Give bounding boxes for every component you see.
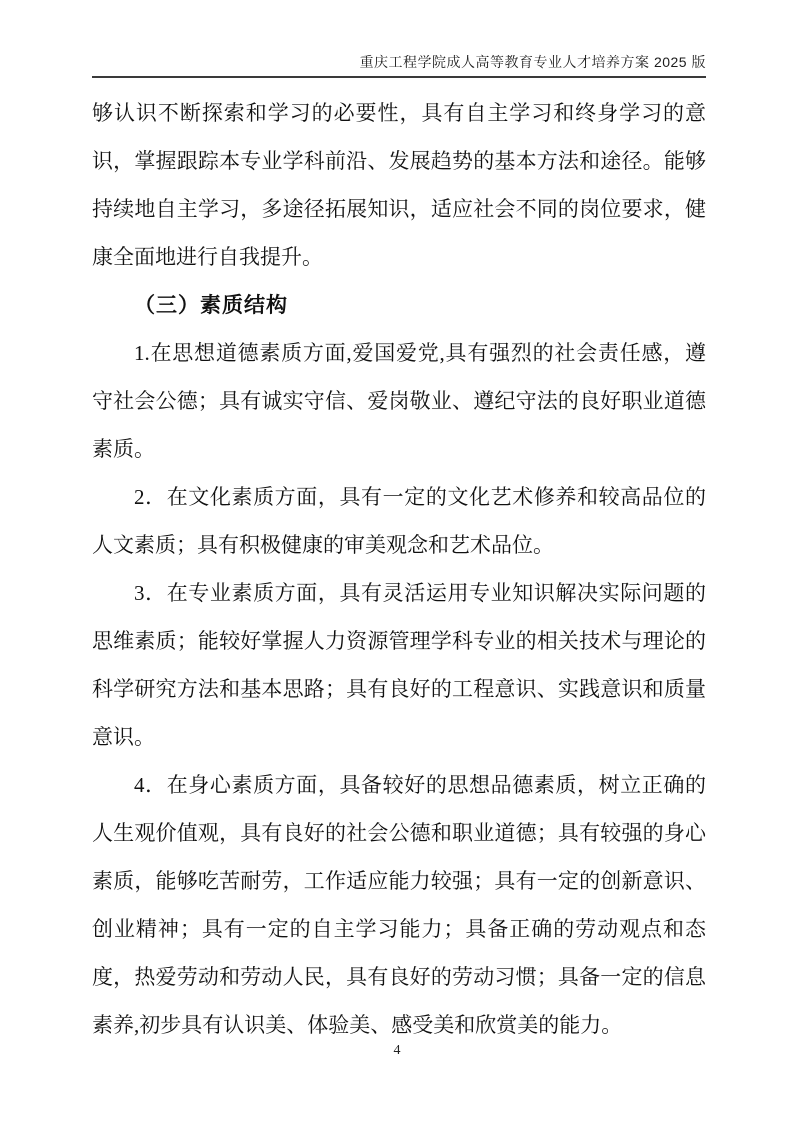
page-number: 4 [394, 1043, 401, 1058]
paragraph-intro-continuation: 够认识不断探索和学习的必要性，具有自主学习和终身学习的意识，掌握跟踪本专业学科前… [92, 89, 706, 281]
page-footer: 4 [0, 1041, 794, 1122]
paragraph-item-1: 1.在思想道德素质方面,爱国爱党,具有强烈的社会责任感，遵守社会公德；具有诚实守… [92, 329, 706, 473]
document-body: 够认识不断探索和学习的必要性，具有自主学习和终身学习的意识，掌握跟踪本专业学科前… [92, 79, 706, 1049]
section-heading: （三）素质结构 [92, 281, 706, 329]
paragraph-item-4: 4．在身心素质方面，具备较好的思想品德素质，树立正确的人生观价值观，具有良好的社… [92, 761, 706, 1049]
paragraph-item-3: 3．在专业素质方面，具有灵活运用专业知识解决实际问题的思维素质；能较好掌握人力资… [92, 569, 706, 761]
document-page: 重庆工程学院成人高等教育专业人才培养方案 2025 版 够认识不断探索和学习的必… [0, 0, 794, 1122]
header-title: 重庆工程学院成人高等教育专业人才培养方案 2025 版 [92, 0, 706, 72]
header-rule [92, 76, 706, 78]
page-header: 重庆工程学院成人高等教育专业人才培养方案 2025 版 [92, 0, 706, 78]
paragraph-item-2: 2．在文化素质方面，具有一定的文化艺术修养和较高品位的人文素质；具有积极健康的审… [92, 473, 706, 569]
